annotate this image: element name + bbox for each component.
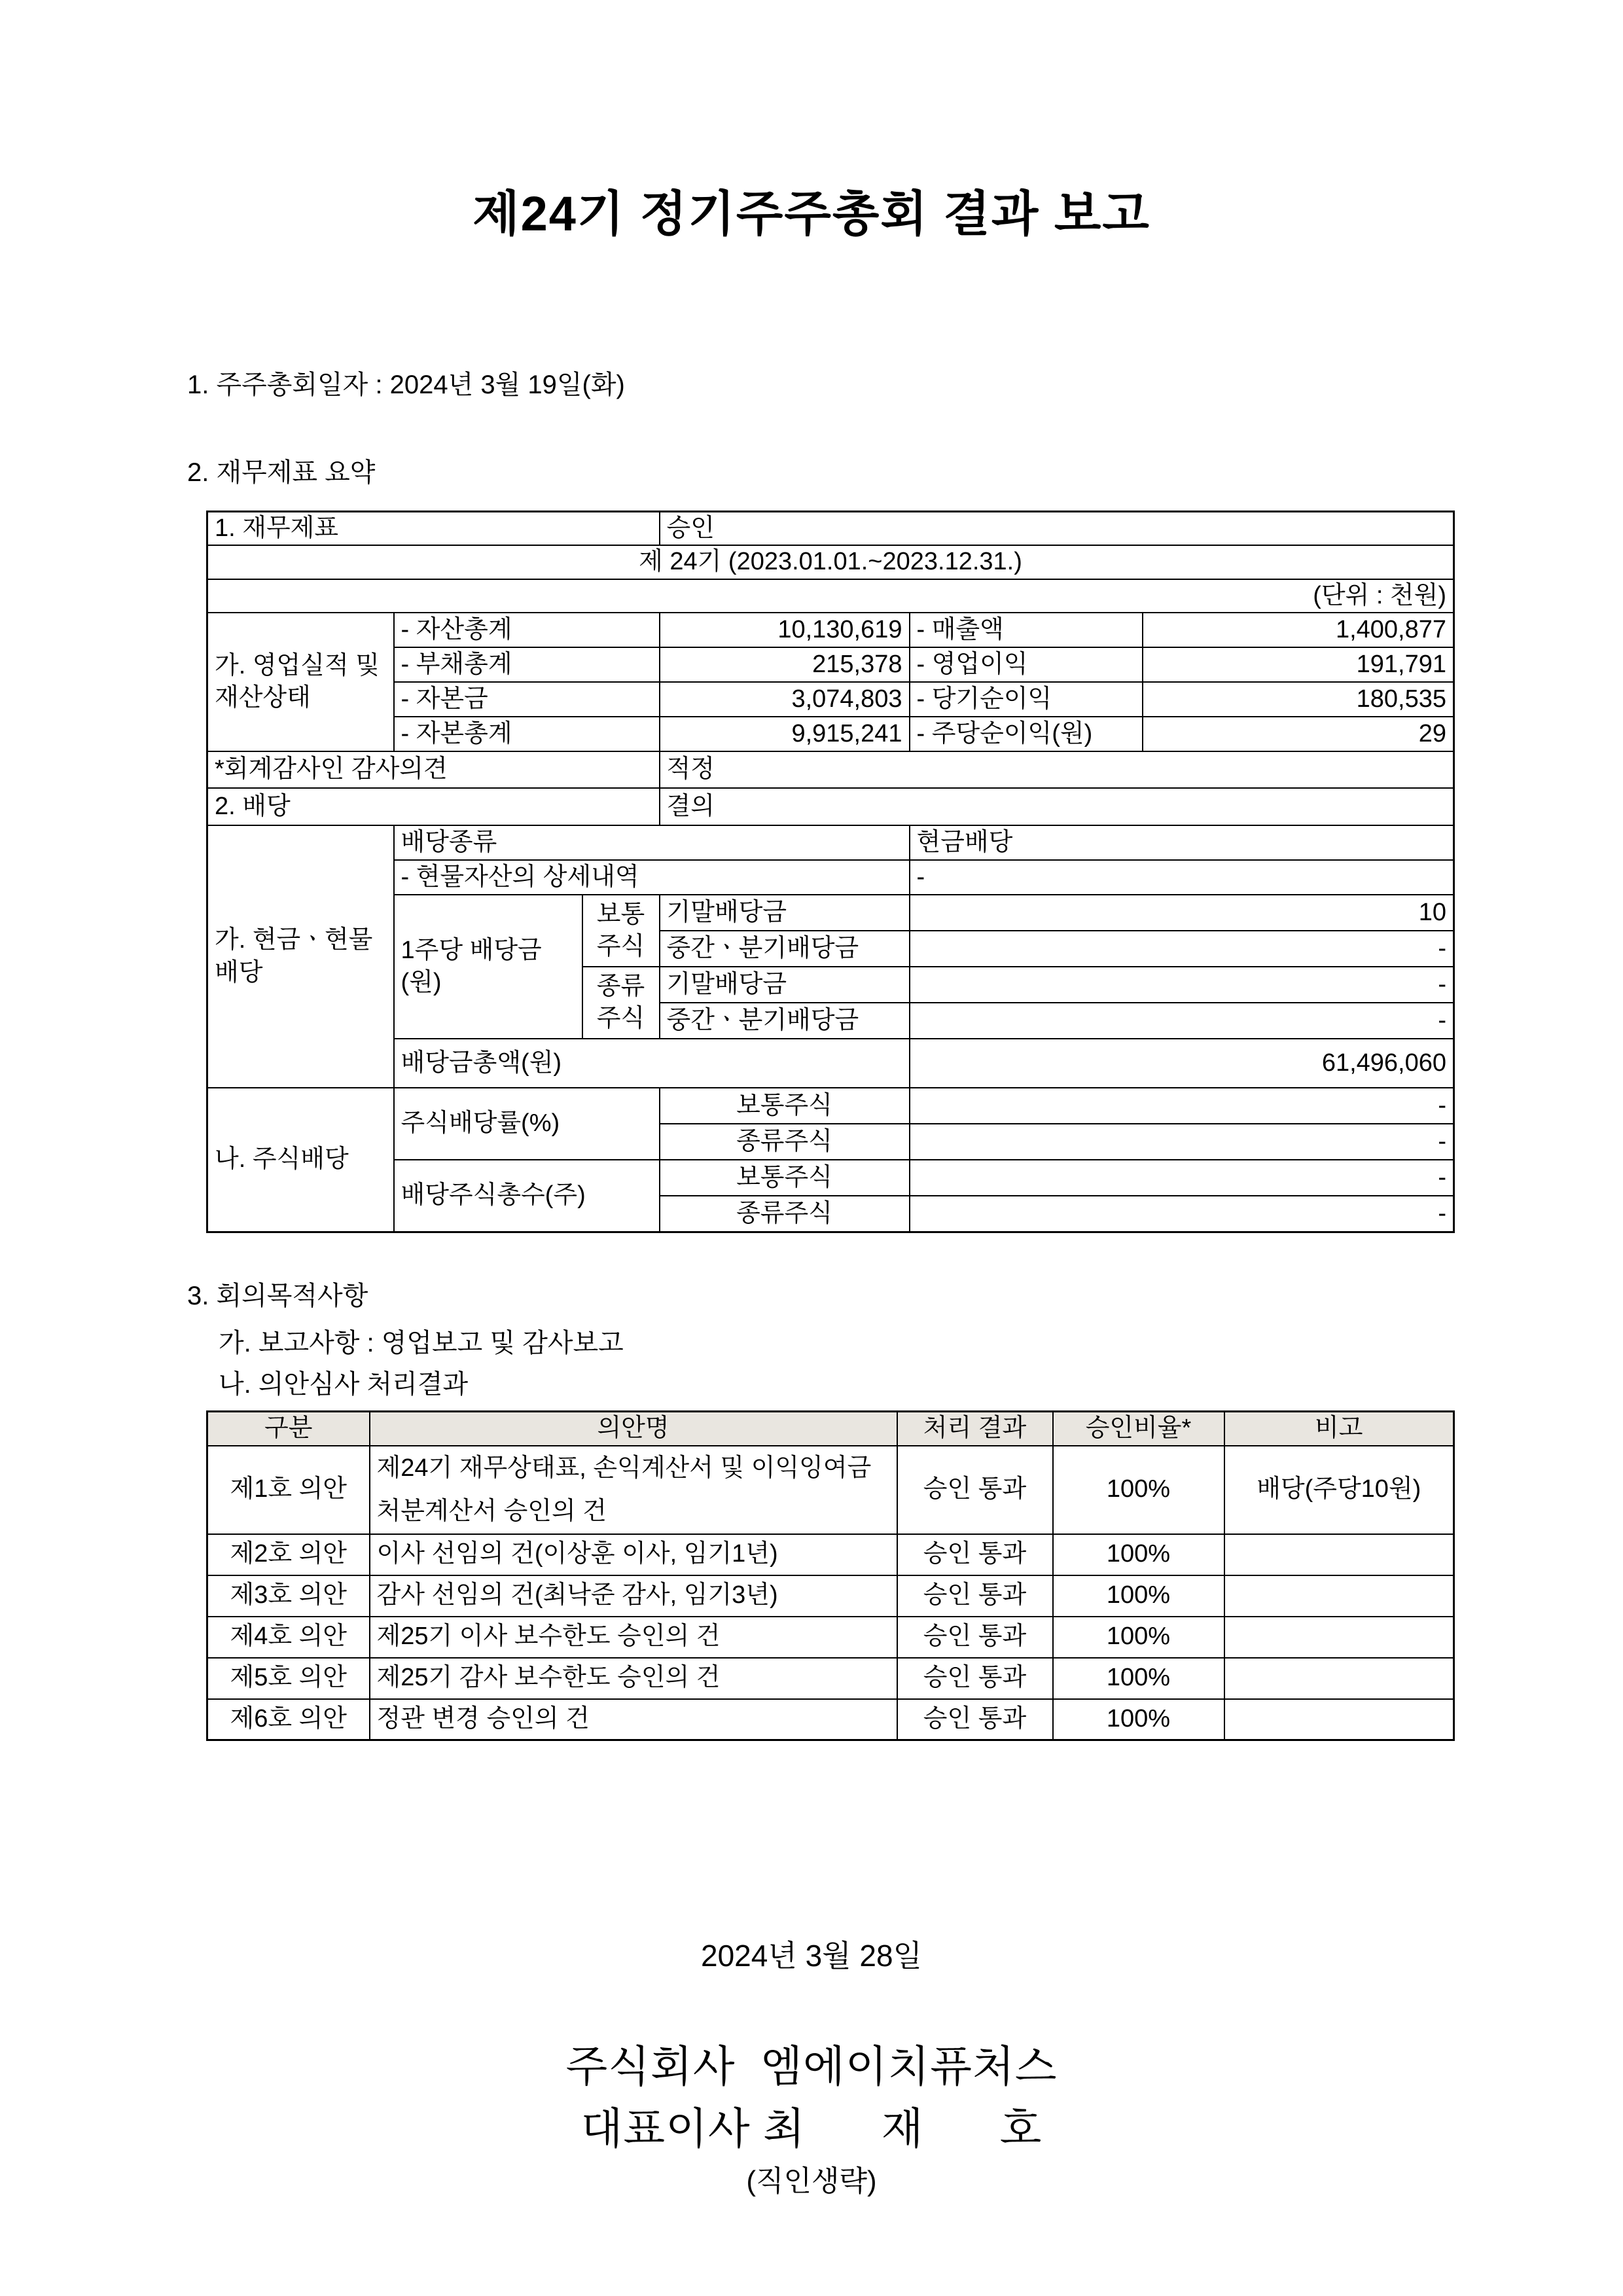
fin-metric-row: - 자본금 3,074,803 - 당기순이익 180,535 [207,682,1454,717]
fin-metric-value: 1,400,877 [1143,613,1454,647]
agenda-header-note: 비고 [1224,1411,1454,1446]
fin-metric-label: - 자산총계 [394,613,660,647]
fin-stock-dividend-row: 배당주식총수(주) 보통주식 - [207,1160,1454,1196]
report-date: 2024년 3월 28일 [0,1932,1623,1975]
fin-audit-label: *회계감사인 감사의견 [207,751,660,788]
agenda-item-result: 승인 통과 [897,1658,1053,1699]
fin-common-stock-sub-label: 보통주식 [660,1160,910,1196]
agenda-item-name: 제25기 이사 보수한도 승인의 건 [370,1617,897,1658]
fin-statement-value: 승인 [660,512,1454,546]
fin-total-dividend-label: 배당금총액(원) [394,1039,910,1088]
agenda-item-no: 제6호 의안 [207,1699,370,1740]
agenda-item-name: 이사 선임의 건(이상훈 이사, 임기1년) [370,1534,897,1575]
agenda-results-heading: 나. 의안심사 처리결과 [219,1369,1623,1400]
company-name: 주식회사 엠에이치퓨처스 [0,2032,1623,2094]
fin-interim-dividend-label: 중간ㆍ분기배당금 [660,931,910,967]
fin-div-type-row: 가. 현금ㆍ현물배당 배당종류 현금배당 [207,825,1454,860]
agenda-item-ratio: 100% [1053,1617,1224,1658]
fin-metric-label: - 매출액 [910,613,1143,647]
financial-summary-heading: 2. 재무제표 요약 [187,457,1623,488]
agenda-row: 제1호 의안 제24기 재무상태표, 손익계산서 및 이익잉여금 처분계산서 승… [207,1446,1454,1534]
fin-class-stock-sub-label: 종류주식 [660,1196,910,1232]
fin-period-row: 제 24기 (2023.01.01.~2023.12.31.) [207,545,1454,579]
fin-count-class-value: - [910,1196,1454,1232]
agenda-section-heading: 3. 회의목적사항 [187,1280,1623,1312]
agenda-item-name: 감사 선임의 건(최낙준 감사, 임기3년) [370,1575,897,1617]
fin-metric-label: - 당기순이익 [910,682,1143,717]
agenda-item-note [1224,1617,1454,1658]
fin-metric-label: - 자본금 [394,682,660,717]
agenda-item-name: 제25기 감사 보수한도 승인의 건 [370,1658,897,1699]
fin-metric-label: - 부채총계 [394,647,660,682]
fin-metric-label: - 주당순이익(원) [910,717,1143,751]
fin-count-common-value: - [910,1160,1454,1196]
fin-total-dividend-row: 배당금총액(원) 61,496,060 [207,1039,1454,1088]
fin-metric-label: - 자본총계 [394,717,660,751]
fin-metric-label: - 영업이익 [910,647,1143,682]
agenda-results-table: 구분 의안명 처리 결과 승인비율* 비고 제1호 의안 제24기 재무상태표,… [206,1410,1455,1742]
agenda-item-ratio: 100% [1053,1575,1224,1617]
fin-class-final-value: - [910,967,1454,1003]
agenda-item-note: 배당(주당10원) [1224,1446,1454,1534]
fin-metric-value: 9,915,241 [660,717,910,751]
fin-performance-group-label: 가. 영업실적 및 재산상태 [207,613,394,751]
agenda-item-result: 승인 통과 [897,1446,1053,1534]
fin-dividend-value: 결의 [660,788,1454,825]
agenda-item-no: 제2호 의안 [207,1534,370,1575]
page-title: 제24기 정기주주총회 결과 보고 [0,175,1623,245]
fin-dividend-row: 2. 배당 결의 [207,788,1454,825]
fin-div-type-label: 배당종류 [394,825,910,860]
agenda-header-row: 구분 의안명 처리 결과 승인비율* 비고 [207,1411,1454,1446]
agenda-item-note [1224,1575,1454,1617]
agenda-item-result: 승인 통과 [897,1617,1053,1658]
fin-cash-dividend-group-label: 가. 현금ㆍ현물배당 [207,825,394,1088]
fin-metric-value: 180,535 [1143,682,1454,717]
agenda-item-result: 승인 통과 [897,1699,1053,1740]
fin-class-interim-value: - [910,1003,1454,1039]
fin-dividend-label: 2. 배당 [207,788,660,825]
agenda-item-result: 승인 통과 [897,1534,1053,1575]
agenda-item-note [1224,1534,1454,1575]
fin-inkind-label: - 현물자산의 상세내역 [394,860,910,895]
document-page: 제24기 정기주주총회 결과 보고 1. 주주총회일자 : 2024년 3월 1… [0,0,1623,2296]
agenda-item-no: 제5호 의안 [207,1658,370,1699]
fin-final-dividend-label: 기말배당금 [660,895,910,931]
agenda-item-ratio: 100% [1053,1446,1224,1534]
agenda-row: 제5호 의안 제25기 감사 보수한도 승인의 건 승인 통과 100% [207,1658,1454,1699]
fin-metric-row: 가. 영업실적 및 재산상태 - 자산총계 10,130,619 - 매출액 1… [207,613,1454,647]
agenda-row: 제2호 의안 이사 선임의 건(이상훈 이사, 임기1년) 승인 통과 100% [207,1534,1454,1575]
agenda-item-note [1224,1699,1454,1740]
meeting-date-line: 1. 주주총회일자 : 2024년 3월 19일(화) [187,369,1623,401]
fin-unit-row: (단위 : 천원) [207,579,1454,613]
fin-common-stock-sub-label: 보통주식 [660,1088,910,1124]
fin-inkind-value: - [910,860,1454,895]
agenda-item-name: 정관 변경 승인의 건 [370,1699,897,1740]
fin-total-dividend-value: 61,496,060 [910,1039,1454,1088]
agenda-header-no: 구분 [207,1411,370,1446]
fin-final-dividend-label: 기말배당금 [660,967,910,1003]
fin-inkind-row: - 현물자산의 상세내역 - [207,860,1454,895]
fin-unit-note: (단위 : 천원) [207,579,1454,613]
fin-metric-value: 191,791 [1143,647,1454,682]
fin-class-stock-sub-label: 종류주식 [660,1124,910,1160]
fin-rate-class-value: - [910,1124,1454,1160]
fin-metric-value: 10,130,619 [660,613,910,647]
agenda-header-result: 처리 결과 [897,1411,1053,1446]
fin-statement-row: 1. 재무제표 승인 [207,512,1454,546]
fin-statement-label: 1. 재무제표 [207,512,660,546]
agenda-item-ratio: 100% [1053,1699,1224,1740]
fin-common-final-value: 10 [910,895,1454,931]
fin-stock-count-label: 배당주식총수(주) [394,1160,660,1232]
agenda-row: 제6호 의안 정관 변경 승인의 건 승인 통과 100% [207,1699,1454,1740]
fin-stock-rate-label: 주식배당률(%) [394,1088,660,1160]
fin-metric-row: - 자본총계 9,915,241 - 주당순이익(원) 29 [207,717,1454,751]
fin-common-interim-value: - [910,931,1454,967]
fin-period: 제 24기 (2023.01.01.~2023.12.31.) [207,545,1454,579]
agenda-row: 제3호 의안 감사 선임의 건(최낙준 감사, 임기3년) 승인 통과 100% [207,1575,1454,1617]
fin-metric-value: 3,074,803 [660,682,910,717]
report-item-line: 가. 보고사항 : 영업보고 및 감사보고 [219,1327,1623,1359]
fin-per-share-label: 1주당 배당금(원) [394,895,582,1039]
agenda-item-ratio: 100% [1053,1658,1224,1699]
fin-div-type-value: 현금배당 [910,825,1454,860]
agenda-item-name: 제24기 재무상태표, 손익계산서 및 이익잉여금 처분계산서 승인의 건 [370,1446,897,1534]
fin-rate-common-value: - [910,1088,1454,1124]
fin-audit-row: *회계감사인 감사의견 적정 [207,751,1454,788]
fin-common-stock-label: 보통 주식 [582,895,660,967]
fin-audit-value: 적정 [660,751,1454,788]
seal-omitted-note: (직인생략) [0,2157,1623,2199]
fin-stock-dividend-row: 나. 주식배당 주식배당률(%) 보통주식 - [207,1088,1454,1124]
fin-class-stock-label: 종류 주식 [582,967,660,1039]
agenda-item-no: 제1호 의안 [207,1446,370,1534]
fin-metric-value: 29 [1143,717,1454,751]
fin-metric-value: 215,378 [660,647,910,682]
ceo-signature-line: 대표이사 최 재 호 [0,2094,1623,2156]
agenda-item-no: 제3호 의안 [207,1575,370,1617]
agenda-item-ratio: 100% [1053,1534,1224,1575]
agenda-item-result: 승인 통과 [897,1575,1053,1617]
agenda-item-note [1224,1658,1454,1699]
fin-metric-row: - 부채총계 215,378 - 영업이익 191,791 [207,647,1454,682]
agenda-item-no: 제4호 의안 [207,1617,370,1658]
fin-per-share-row: 1주당 배당금(원) 보통 주식 기말배당금 10 [207,895,1454,931]
agenda-header-ratio: 승인비율* [1053,1411,1224,1446]
financial-summary-table: 1. 재무제표 승인 제 24기 (2023.01.01.~2023.12.31… [206,511,1455,1233]
fin-interim-dividend-label: 중간ㆍ분기배당금 [660,1003,910,1039]
fin-stock-dividend-group-label: 나. 주식배당 [207,1088,394,1232]
agenda-header-name: 의안명 [370,1411,897,1446]
agenda-row: 제4호 의안 제25기 이사 보수한도 승인의 건 승인 통과 100% [207,1617,1454,1658]
